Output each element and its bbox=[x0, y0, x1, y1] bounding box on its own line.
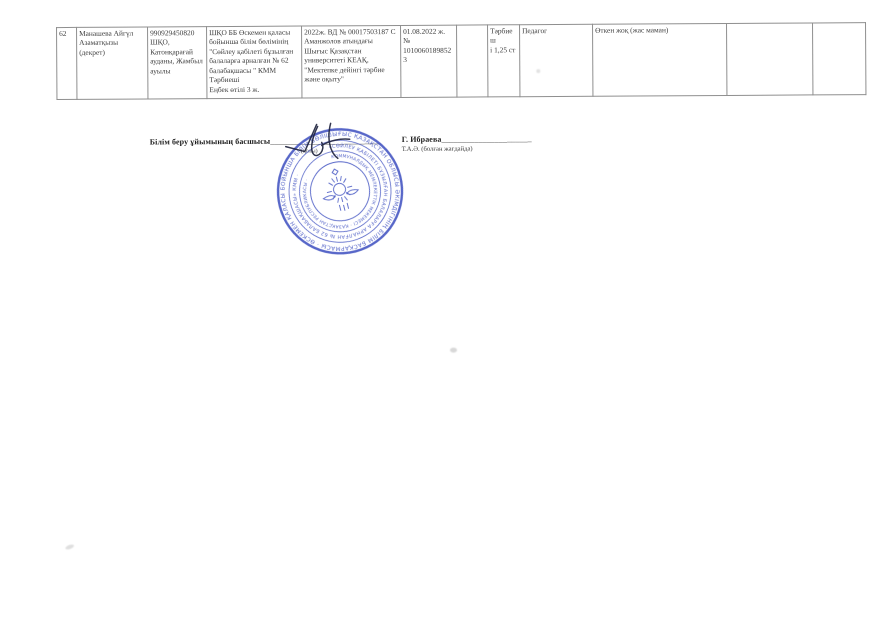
emblem-star bbox=[331, 168, 338, 175]
table-row: 62 Манашева Айгүл Азаматқызы (декрет) 99… bbox=[57, 23, 866, 100]
head-label-text: Білім беру ұйымының басшысы bbox=[150, 137, 271, 147]
handwritten-signature bbox=[278, 112, 368, 168]
cell-education: 2022ж. ВД № 00017503187 С Аманжолов атын… bbox=[302, 25, 401, 98]
emblem-ribbon bbox=[339, 203, 348, 212]
document-content: 62 Манашева Айгүл Азаматқызы (декрет) 99… bbox=[0, 0, 876, 620]
shanyrak-circle bbox=[332, 182, 347, 197]
scan-speck bbox=[450, 348, 457, 353]
signature-line-right: ______________________ bbox=[441, 134, 531, 144]
full-name-caption: Т.А.Ә. (болған жағдайда) bbox=[402, 146, 473, 153]
cell-workplace: ШҚО ББ Өскемен қаласы бойынша білім бөлі… bbox=[207, 26, 302, 99]
scanned-document-page: 62 Манашева Айгүл Азаматқызы (декрет) 99… bbox=[0, 0, 876, 620]
cell-row-number: 62 bbox=[57, 27, 77, 99]
cell-date-number: 01.08.2022 ж. № 10100601898523 bbox=[401, 25, 457, 97]
personnel-table: 62 Манашева Айгүл Азаматқызы (декрет) 99… bbox=[56, 22, 866, 100]
cell-attestation: Өткен жоқ (жас маман) bbox=[593, 23, 727, 96]
director-name-label: Г. Ибраева______________________ bbox=[402, 134, 532, 144]
director-name-text: Г. Ибраева bbox=[402, 135, 442, 144]
scan-speck bbox=[536, 69, 540, 73]
cell-empty-1 bbox=[457, 25, 488, 97]
cell-empty-2 bbox=[727, 23, 813, 96]
cell-employee-name: Манашева Айгүл Азаматқызы (декрет) bbox=[77, 27, 148, 99]
kazakhstan-emblem bbox=[317, 165, 363, 216]
cell-id-address: 990929450820 ШҚО, Катонқарағай ауданы, Ж… bbox=[148, 27, 207, 99]
scan-speck bbox=[65, 544, 75, 551]
sun-rays bbox=[324, 174, 356, 206]
cell-empty-3 bbox=[813, 23, 866, 95]
cell-category: Педагог bbox=[520, 24, 593, 96]
signature-stroke-cross bbox=[322, 139, 350, 145]
cell-position-rate: Тәрбиеш і 1,25 ст bbox=[488, 25, 520, 97]
